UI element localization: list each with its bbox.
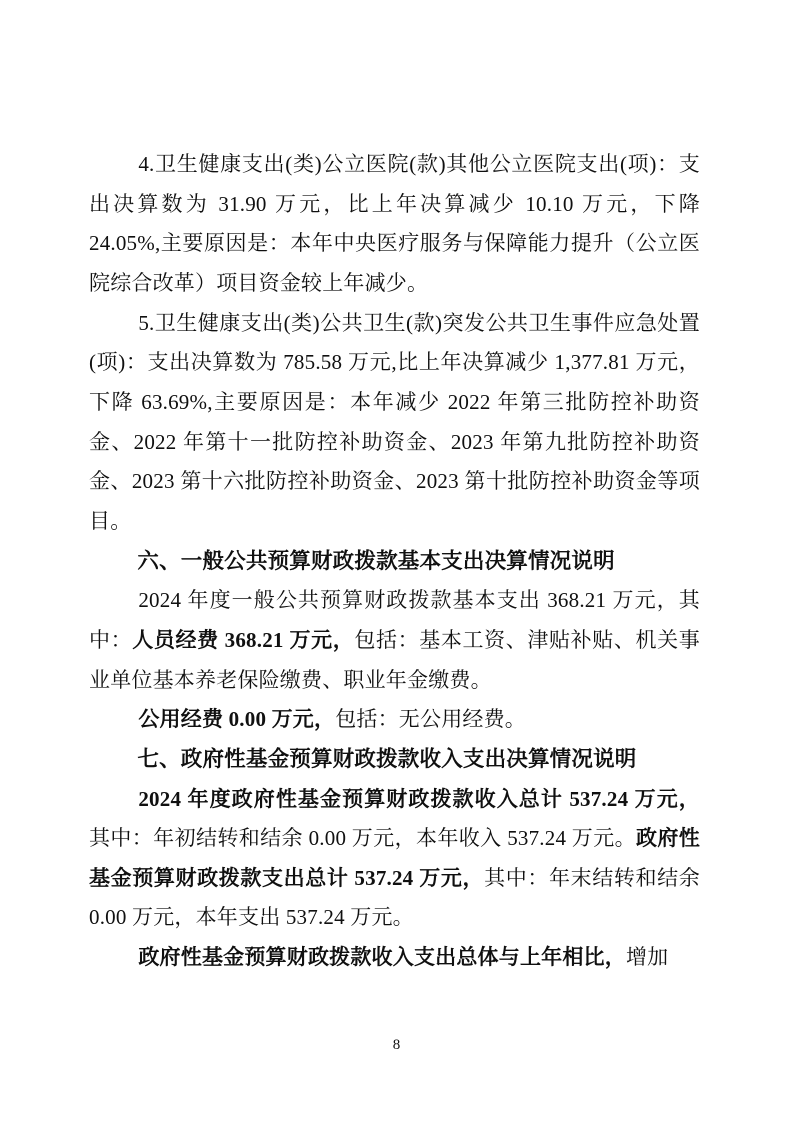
paragraph-expense-item-4: 4.卫生健康支出(类)公立医院(款)其他公立医院支出(项)：支出决算数为 31.… — [89, 145, 700, 304]
text-run-bold: 人员经费 368.21 万元， — [132, 628, 354, 652]
text-run: 增加 — [626, 945, 668, 969]
section-heading-7: 七、政府性基金预算财政拨款收入支出决算情况说明 — [89, 740, 700, 780]
text-run: 其中：年初结转和结余 0.00 万元，本年收入 537.24 万元。 — [89, 826, 636, 850]
heading-text: 七、政府性基金预算财政拨款收入支出决算情况说明 — [137, 747, 636, 771]
text-run-bold: 公用经费 0.00 万元， — [138, 707, 335, 731]
heading-text: 六、一般公共预算财政拨款基本支出决算情况说明 — [137, 549, 614, 573]
text-run: 4.卫生健康支出(类)公立医院(款)其他公立医院支出(项)：支出决算数为 31.… — [89, 152, 700, 295]
section-heading-6: 六、一般公共预算财政拨款基本支出决算情况说明 — [89, 542, 700, 582]
paragraph-expense-item-5: 5.卫生健康支出(类)公共卫生(款)突发公共卫生事件应急处置(项)：支出决算数为… — [89, 304, 700, 542]
document-page: 4.卫生健康支出(类)公立医院(款)其他公立医院支出(项)：支出决算数为 31.… — [0, 0, 793, 1122]
text-run: 包括：无公用经费。 — [335, 707, 526, 731]
page-content: 4.卫生健康支出(类)公立医院(款)其他公立医院支出(项)：支出决算数为 31.… — [89, 145, 700, 978]
text-run: 5.卫生健康支出(类)公共卫生(款)突发公共卫生事件应急处置(项)：支出决算数为… — [89, 311, 700, 533]
paragraph-gov-fund-compare: 政府性基金预算财政拨款收入支出总体与上年相比，增加 — [89, 938, 700, 978]
text-run-bold: 2024 年度政府性基金预算财政拨款收入总计 537.24 万元， — [138, 787, 700, 811]
paragraph-gov-fund-income-expense: 2024 年度政府性基金预算财政拨款收入总计 537.24 万元，其中：年初结转… — [89, 780, 700, 939]
page-number: 8 — [0, 1037, 793, 1054]
paragraph-basic-expense-personnel: 2024 年度一般公共预算财政拨款基本支出 368.21 万元，其中：人员经费 … — [89, 581, 700, 700]
paragraph-basic-expense-public: 公用经费 0.00 万元，包括：无公用经费。 — [89, 700, 700, 740]
text-run-bold: 政府性基金预算财政拨款收入支出总体与上年相比， — [138, 945, 626, 969]
